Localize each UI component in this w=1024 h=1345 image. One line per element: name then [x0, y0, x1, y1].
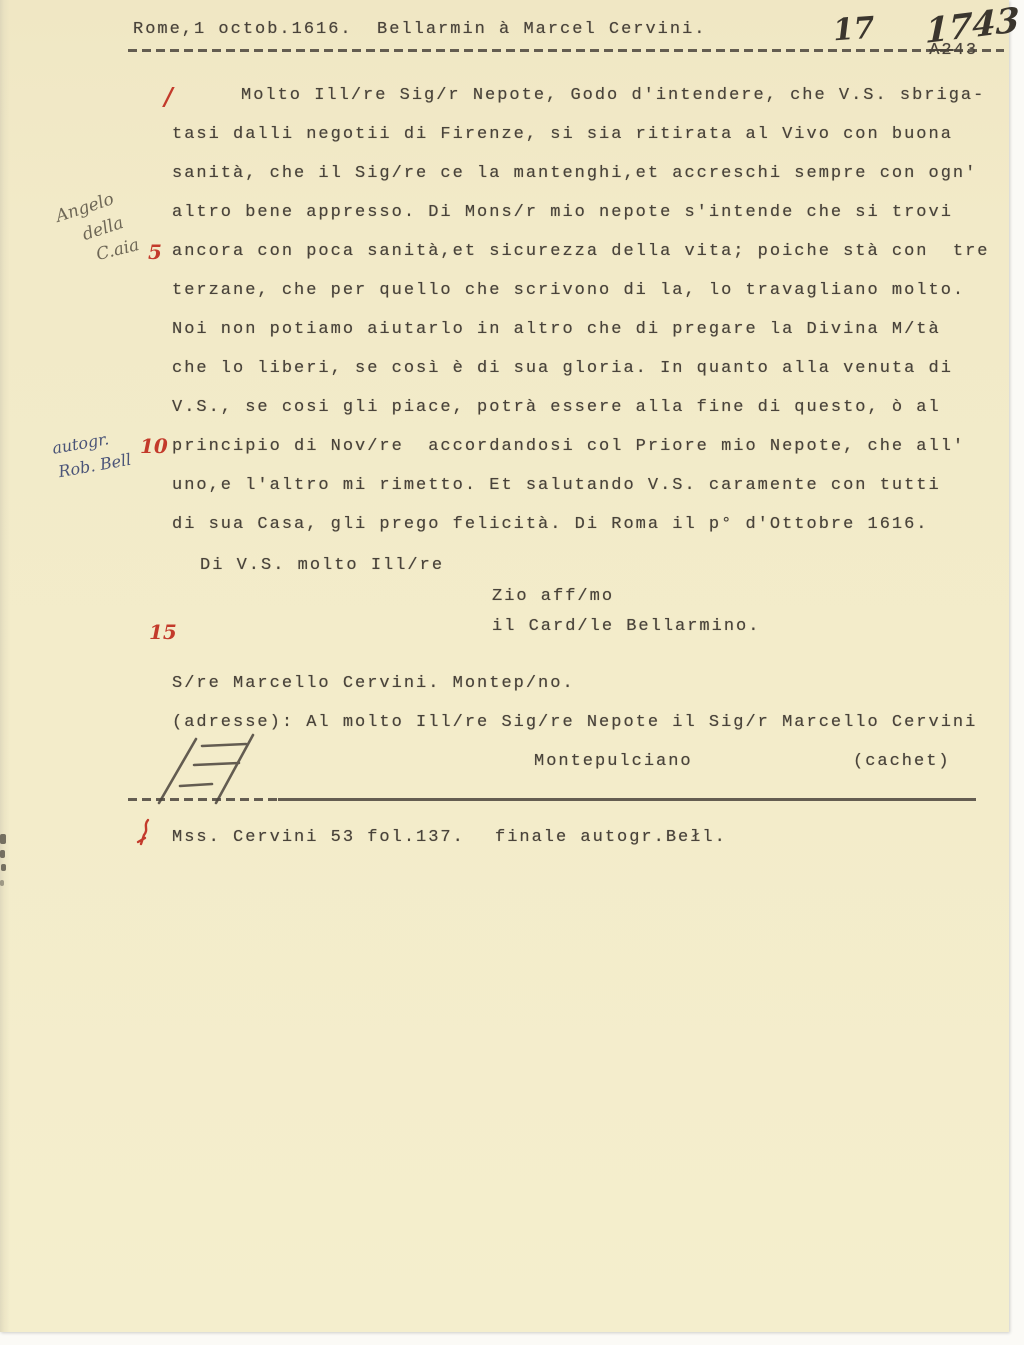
body-line: tasi dalli negotii di Firenze, si sia ri…: [172, 125, 953, 144]
scanned-letter-page: Rome,1 octob.1616. Bellarmin à Marcel Ce…: [0, 0, 1024, 1345]
archive-number-handwritten-prefix: 17: [832, 11, 876, 49]
address-sender: S/re Marcello Cervini. Montep/no.: [172, 674, 575, 693]
body-line: di sua Casa, gli prego felicità. Di Roma…: [172, 515, 929, 534]
address-place: Montepulciano: [534, 752, 693, 771]
body-line: Molto Ill/re Sig/r Nepote, Godo d'intend…: [241, 86, 985, 105]
red-line-number-5: 5: [148, 240, 162, 264]
closing-signature: il Card/le Bellarmino.: [492, 617, 760, 636]
red-line-number-15: 15: [149, 620, 177, 644]
footer-note: finale autogr.Bełl.: [495, 828, 727, 847]
address-cachet: (cachet): [853, 752, 951, 771]
archive-number-handwritten: 1743: [925, 0, 1020, 52]
paper-edge-blemish: [0, 834, 6, 844]
red-line-number-10: 10: [140, 434, 168, 458]
body-line: Noi non potiamo aiutarlo in altro che di…: [172, 320, 941, 339]
footer-reference: Mss. Cervini 53 fol.137.: [172, 828, 465, 847]
body-line: uno,e l'altro mi rimetto. Et salutando V…: [172, 476, 941, 495]
paper-torn-left-edge: [0, 0, 10, 1332]
body-line: altro bene appresso. Di Mons/r mio nepot…: [172, 203, 953, 222]
footer-red-check-icon: [136, 818, 154, 848]
closing-relation: Zio aff/mo: [492, 587, 614, 606]
address-adresse: (adresse): Al molto Ill/re Sig/re Nepote…: [172, 713, 977, 732]
body-line: che lo liberi, se così è di sua gloria. …: [172, 359, 953, 378]
paper-edge-blemish: [0, 880, 4, 886]
closing-salutation: Di V.S. molto Ill/re: [200, 556, 444, 575]
body-line: V.S., se cosi gli piace, potrà essere al…: [172, 398, 941, 417]
red-line-number-1: /: [164, 82, 173, 111]
paper-sheet: Rome,1 octob.1616. Bellarmin à Marcel Ce…: [0, 0, 1009, 1332]
body-line: sanità, che il Sig/re ce la mantenghi,et…: [172, 164, 977, 183]
header-title: Rome,1 octob.1616. Bellarmin à Marcel Ce…: [133, 20, 706, 39]
paper-edge-blemish: [0, 850, 5, 858]
body-line: ancora con poca sanità,et sicurezza dell…: [172, 242, 990, 261]
paper-edge-blemish: [1, 864, 6, 871]
address-rule-dashed-segment: [128, 798, 278, 801]
body-line: terzane, che per quello che scrivono di …: [172, 281, 965, 300]
header-underline: [128, 49, 1004, 52]
body-line: principio di Nov/re accordandosi col Pri…: [172, 437, 965, 456]
address-rule: [278, 798, 976, 801]
